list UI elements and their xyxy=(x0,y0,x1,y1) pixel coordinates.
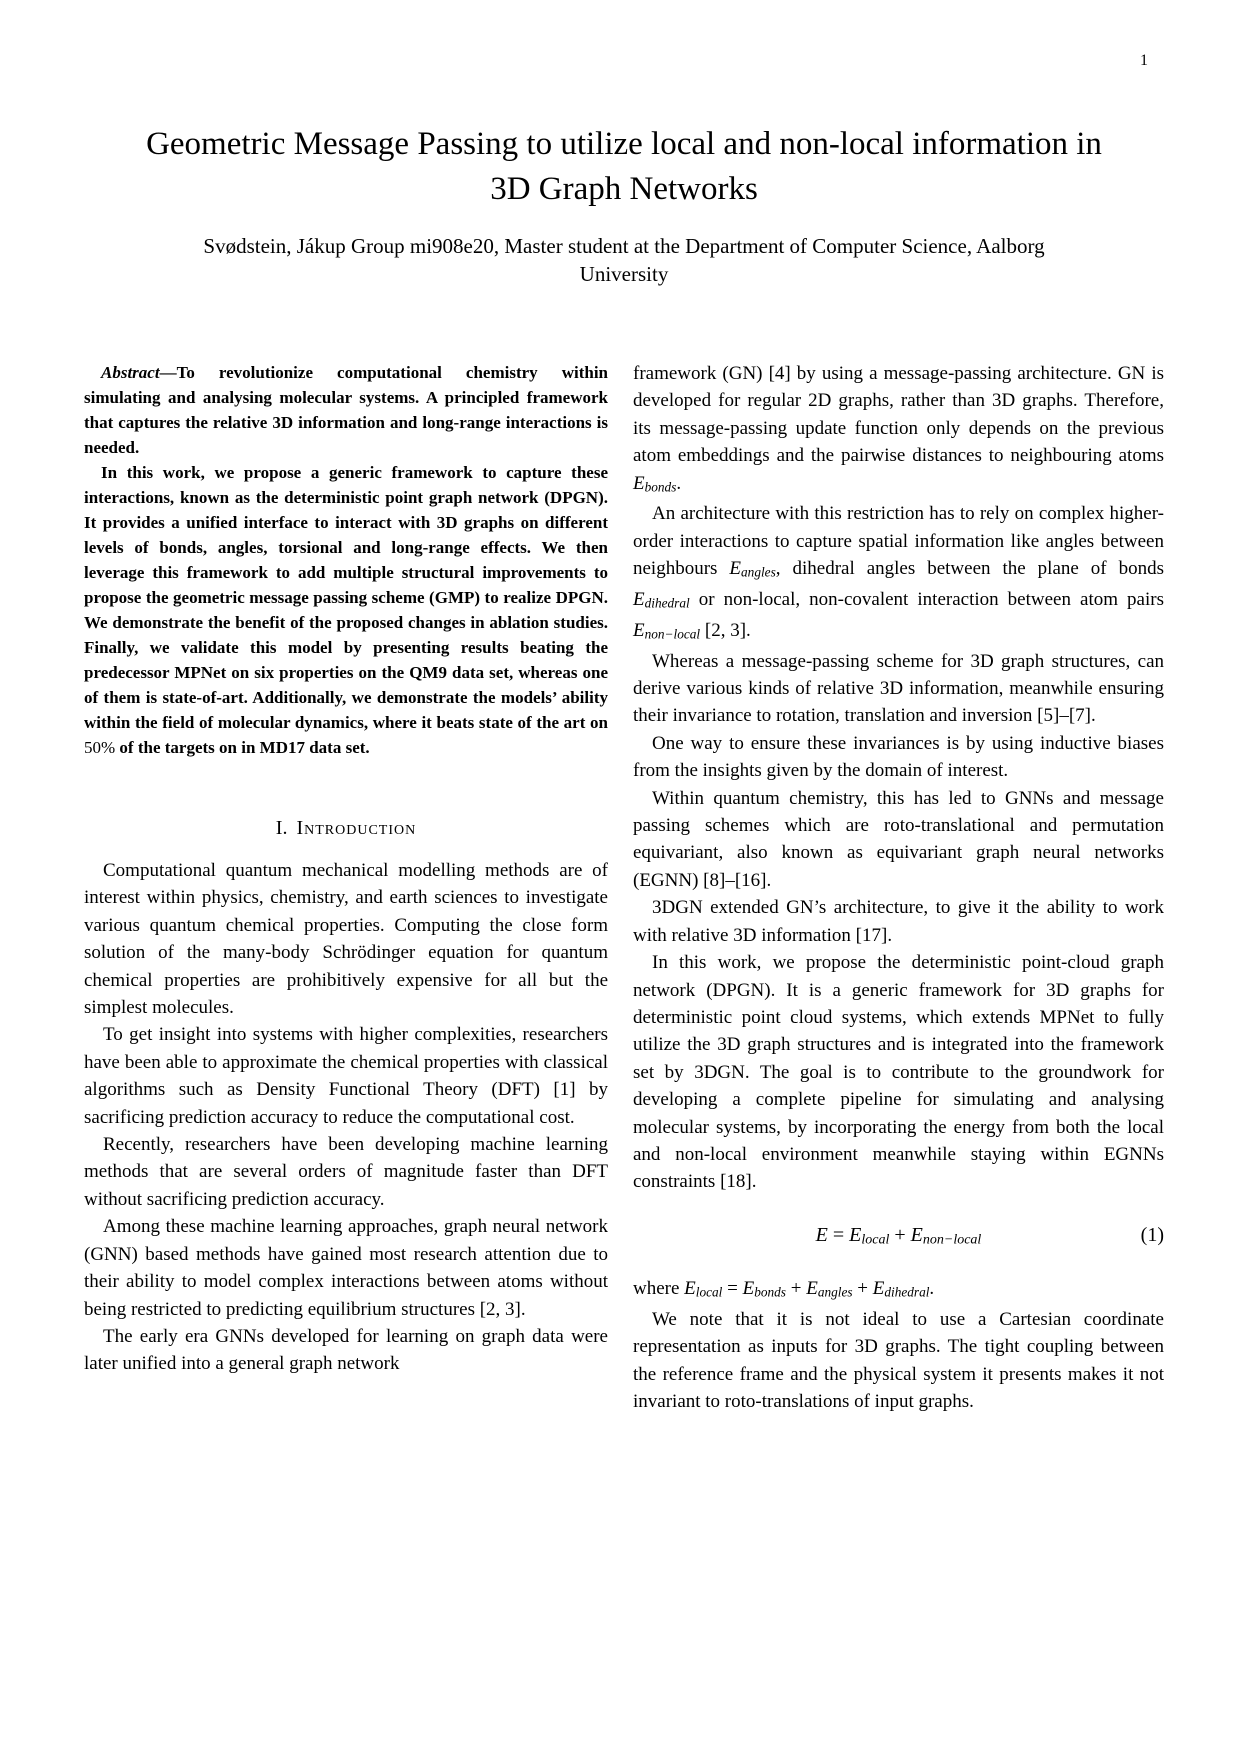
math-operator: + xyxy=(853,1278,873,1299)
math-variable: E xyxy=(849,1224,861,1246)
math-subscript: non−local xyxy=(645,626,701,641)
equation-number: (1) xyxy=(1141,1222,1164,1248)
text-run: In this work, we propose the determinist… xyxy=(633,952,1164,1192)
math-number: 50% xyxy=(84,738,115,757)
text-run: Recently, researchers have been developi… xyxy=(84,1134,608,1210)
math-subscript: bonds xyxy=(754,1285,786,1300)
paragraph: In this work, we propose the determinist… xyxy=(633,949,1164,1196)
paragraph: 3DGN extended GN’s architecture, to give… xyxy=(633,894,1164,949)
paragraph: Whereas a message-passing scheme for 3D … xyxy=(633,648,1164,730)
page-number: 1 xyxy=(1140,52,1148,70)
paragraph: Computational quantum mechanical modelli… xyxy=(84,857,608,1021)
text-run: where xyxy=(633,1278,684,1299)
abstract-label: Abstract xyxy=(101,363,160,382)
text-run: . xyxy=(676,473,681,494)
text-run: of the targets on in MD17 data set. xyxy=(115,738,370,757)
math-subscript: non−local xyxy=(923,1232,981,1247)
left-column: Abstract—To revolutionize computational … xyxy=(84,360,608,1416)
math-subscript: bonds xyxy=(645,479,677,494)
two-column-body: Abstract—To revolutionize computational … xyxy=(84,360,1164,1416)
math-subscript: angles xyxy=(741,565,776,580)
text-run: Computational quantum mechanical modelli… xyxy=(84,860,608,1018)
text-run: , dihedral angles between the plane of b… xyxy=(776,558,1164,579)
text-run: 3DGN extended GN’s architecture, to give… xyxy=(633,897,1164,945)
math-variable: E xyxy=(816,1224,828,1246)
abstract-paragraph: In this work, we propose a generic frame… xyxy=(84,460,608,760)
paragraph: One way to ensure these invariances is b… xyxy=(633,730,1164,785)
text-run: —To revolutionize computational chemistr… xyxy=(84,363,608,457)
math-variable: E xyxy=(911,1224,923,1246)
paper-header: Geometric Message Passing to utilize loc… xyxy=(84,122,1164,288)
paragraph: An architecture with this restriction ha… xyxy=(633,500,1164,647)
title-line-2: 3D Graph Networks xyxy=(84,167,1164,212)
math-subscript: angles xyxy=(818,1285,853,1300)
author-byline: Svødstein, Jákup Group mi908e20, Master … xyxy=(84,232,1164,288)
math-operator: = xyxy=(722,1278,742,1299)
math-variable: E xyxy=(684,1278,696,1299)
paragraph: To get insight into systems with higher … xyxy=(84,1021,608,1131)
text-run: To get insight into systems with higher … xyxy=(84,1024,608,1127)
text-run: Whereas a message-passing scheme for 3D … xyxy=(633,651,1164,727)
math-operator: + xyxy=(786,1278,806,1299)
math-variable: E xyxy=(806,1278,818,1299)
section-title: Introduction xyxy=(296,817,416,839)
math-subscript: local xyxy=(861,1232,889,1247)
paragraph: Among these machine learning approaches,… xyxy=(84,1213,608,1323)
paragraph: The early era GNNs developed for learnin… xyxy=(84,1323,608,1378)
math-operator: = xyxy=(828,1224,849,1246)
abstract-paragraph: Abstract—To revolutionize computational … xyxy=(84,360,608,460)
math-variable: E xyxy=(743,1278,755,1299)
author-line-1: Svødstein, Jákup Group mi908e20, Master … xyxy=(84,232,1164,260)
text-run: [2, 3]. xyxy=(700,620,751,641)
paragraph: framework (GN) [4] by using a message-pa… xyxy=(633,360,1164,500)
text-run: . xyxy=(929,1278,934,1299)
title-line-1: Geometric Message Passing to utilize loc… xyxy=(84,122,1164,167)
text-run: Among these machine learning approaches,… xyxy=(84,1216,608,1319)
paper-title: Geometric Message Passing to utilize loc… xyxy=(84,122,1164,212)
text-run: Within quantum chemistry, this has led t… xyxy=(633,788,1164,891)
paragraph: Recently, researchers have been developi… xyxy=(84,1131,608,1213)
right-column: framework (GN) [4] by using a message-pa… xyxy=(633,360,1164,1416)
text-run: framework (GN) [4] by using a message-pa… xyxy=(633,363,1164,466)
author-line-2: University xyxy=(84,260,1164,288)
text-run: One way to ensure these invariances is b… xyxy=(633,733,1164,781)
equation-body: E = Elocal + Enon−local xyxy=(816,1224,982,1246)
math-variable: E xyxy=(873,1278,885,1299)
paragraph: where Elocal = Ebonds + Eangles + Edihed… xyxy=(633,1275,1164,1306)
text-run: The early era GNNs developed for learnin… xyxy=(84,1326,608,1374)
math-variable: E xyxy=(729,558,741,579)
math-subscript: local xyxy=(696,1285,723,1300)
math-subscript: dihedral xyxy=(884,1285,929,1300)
section-heading: I.Introduction xyxy=(84,817,608,840)
math-variable: E xyxy=(633,589,645,610)
paragraph: We note that it is not ideal to use a Ca… xyxy=(633,1306,1164,1416)
paragraph: Within quantum chemistry, this has led t… xyxy=(633,785,1164,895)
paper-page: 1 Geometric Message Passing to utilize l… xyxy=(0,0,1241,1754)
section-number: I. xyxy=(276,817,288,839)
math-operator: + xyxy=(889,1224,910,1246)
equation: E = Elocal + Enon−local(1) xyxy=(633,1222,1164,1254)
math-variable: E xyxy=(633,473,645,494)
text-run: We note that it is not ideal to use a Ca… xyxy=(633,1309,1164,1412)
math-variable: E xyxy=(633,620,645,641)
text-run: In this work, we propose a generic frame… xyxy=(84,463,608,732)
math-subscript: dihedral xyxy=(645,595,690,610)
text-run: or non-local, non-covalent interaction b… xyxy=(690,589,1164,610)
